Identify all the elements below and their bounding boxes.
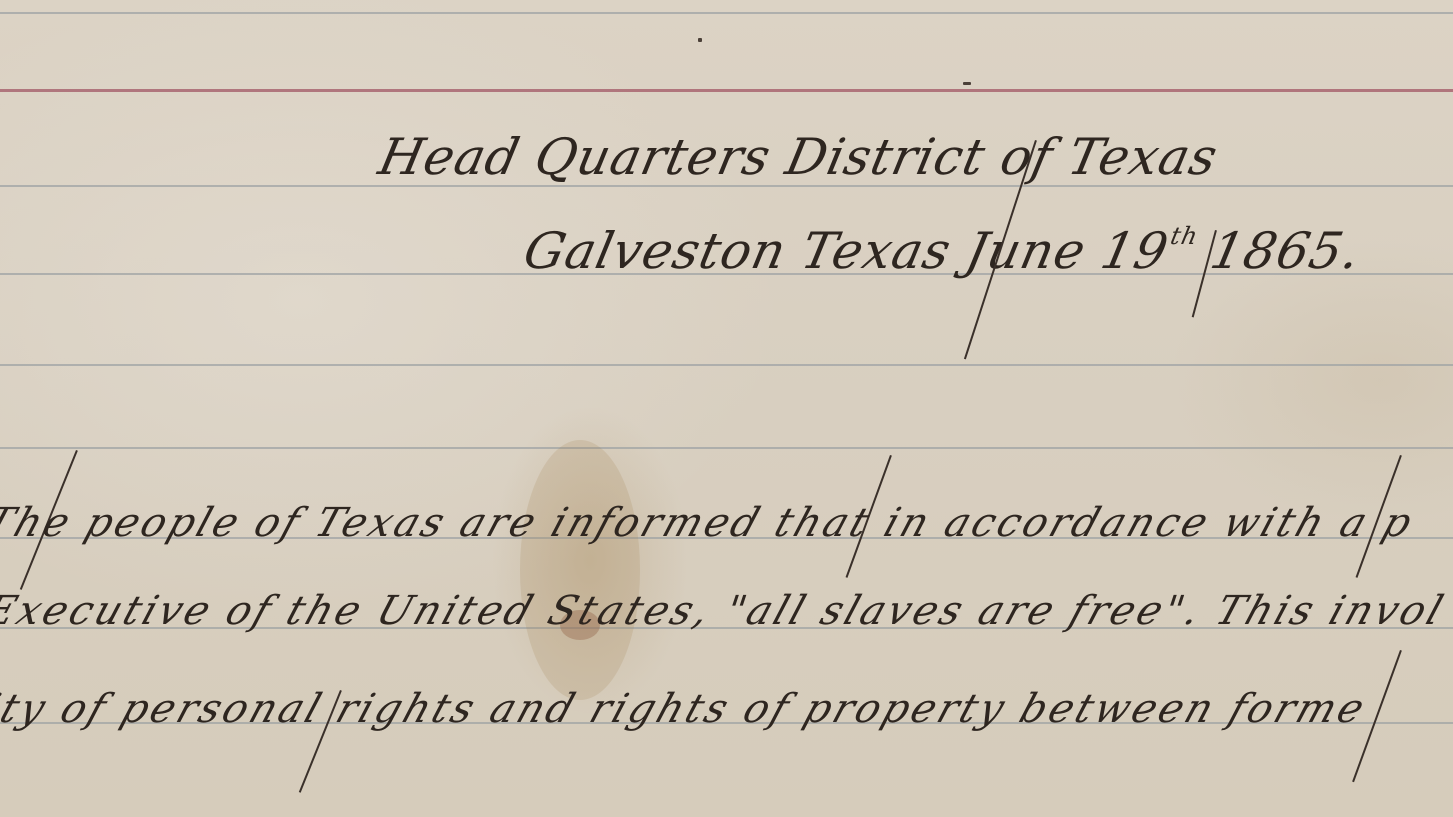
ruled-line (0, 12, 1453, 14)
heading-ordinal: th (1168, 222, 1201, 250)
heading-place: Galveston Texas June 19 (519, 222, 1174, 280)
red-header-rule (0, 89, 1453, 92)
body-line-1: The people of Texas are informed that in… (0, 500, 1420, 546)
body-line-3: ity of personal rights and rights of pro… (0, 686, 1373, 732)
ruled-line (0, 447, 1453, 449)
heading-headquarters: Head Quarters District of Texas (374, 128, 1223, 186)
ink-speck (698, 38, 702, 42)
body-line-2: Executive of the United States, "all sla… (0, 588, 1451, 634)
water-stain (520, 440, 640, 700)
heading-place-date: Galveston Texas June 19th 1865. (519, 222, 1366, 280)
ruled-line (0, 364, 1453, 366)
ledger-page: Head Quarters District of Texas Galvesto… (0, 0, 1453, 817)
heading-year: 1865. (1206, 222, 1366, 280)
ink-speck (963, 82, 971, 85)
